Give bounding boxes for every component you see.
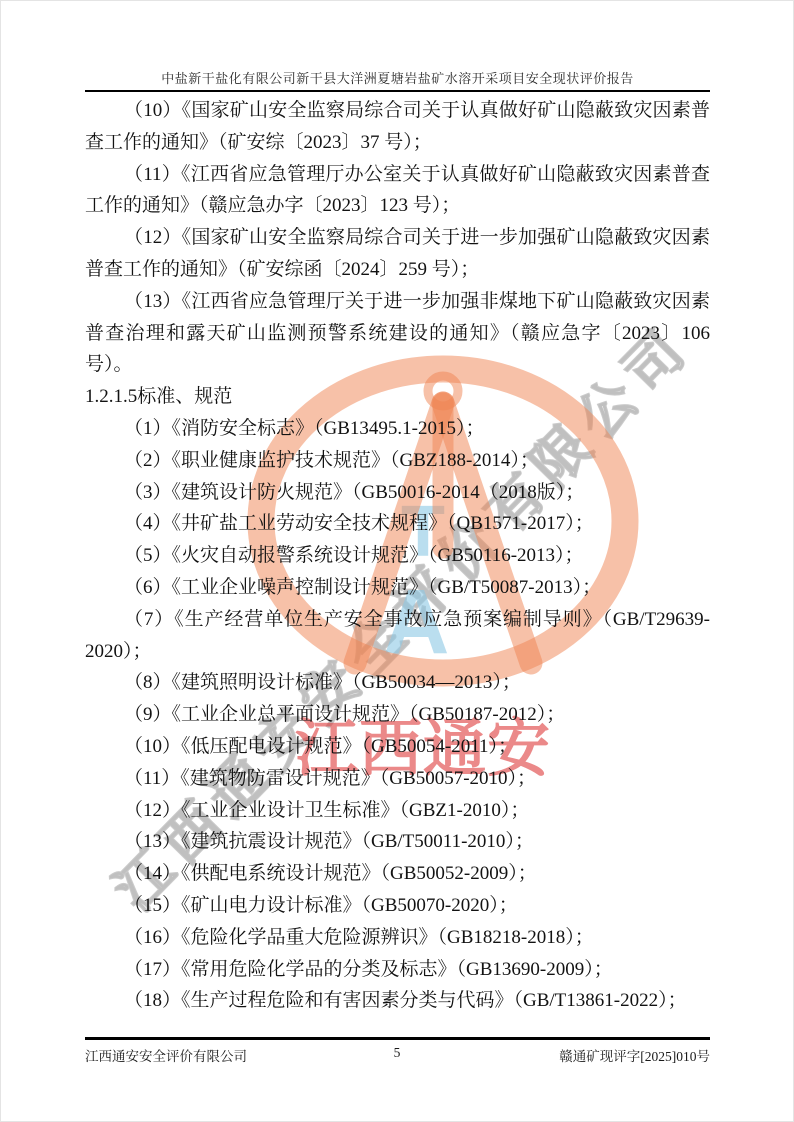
body-line: （1）《消防安全标志》（GB13495.1-2015）； — [85, 413, 710, 445]
body-line: 1.2.1.5标准、规范 — [85, 381, 710, 413]
header-title: 中盐新干盐化有限公司新干县大洋洲夏塘岩盐矿水溶开采项目安全现状评价报告 — [85, 68, 710, 87]
body-line: （16）《危险化学品重大危险源辨识》（GB18218-2018）； — [85, 922, 710, 954]
body-line: （11）《建筑物防雷设计规范》（GB50057-2010）； — [85, 763, 710, 795]
body-line: （7）《生产经营单位生产安全事故应急预案编制导则》（GB/T29639- — [85, 604, 710, 636]
body-line: （12）《工业企业设计卫生标准》（GBZ1-2010）； — [85, 795, 710, 827]
body-line: （10）《国家矿山安全监察局综合司关于认真做好矿山隐蔽致灾因素普 — [85, 95, 710, 127]
header-rule — [85, 90, 710, 92]
body-line: （5）《火灾自动报警系统设计规范》（GB50116-2013）； — [85, 540, 710, 572]
body-line: （10）《低压配电设计规范》（GB50054-2011）； — [85, 731, 710, 763]
footer-rule — [85, 1037, 710, 1040]
body-line: 普查治理和露天矿山监测预警系统建设的通知》（赣应急字〔2023〕106 — [85, 318, 710, 350]
body-line: （2）《职业健康监护技术规范》（GBZ188-2014）； — [85, 445, 710, 477]
body-line: （13）《江西省应急管理厅关于进一步加强非煤地下矿山隐蔽致灾因素 — [85, 286, 710, 318]
body-line: （15）《矿山电力设计标准》（GB50070-2020）； — [85, 890, 710, 922]
document-page: 江西通安安全评价有限公司 T A 江西通安 中盐新干盐化有限公司新干县大洋洲夏塘… — [0, 0, 794, 1122]
body-line: （3）《建筑设计防火规范》（GB50016-2014（2018版）； — [85, 477, 710, 509]
body-line: 查工作的通知》（矿安综〔2023〕37 号）； — [85, 127, 710, 159]
body-line: （6）《工业企业噪声控制设计规范》（GB/T50087-2013）； — [85, 572, 710, 604]
body-line: （18）《生产过程危险和有害因素分类与代码》（GB/T13861-2022）； — [85, 985, 710, 1017]
body-line: （11）《江西省应急管理厅办公室关于认真做好矿山隐蔽致灾因素普查 — [85, 159, 710, 191]
footer-doc-number: 赣通矿现评字[2025]010号 — [559, 1045, 710, 1065]
body-line: 工作的通知》（赣应急办字〔2023〕123 号）； — [85, 190, 710, 222]
body-line: （17）《常用危险化学品的分类及标志》（GB13690-2009）； — [85, 954, 710, 986]
body-line: （8）《建筑照明设计标准》（GB50034—2013）； — [85, 667, 710, 699]
body-line: （4）《井矿盐工业劳动安全技术规程》（QB1571-2017）； — [85, 508, 710, 540]
page-number: 5 — [394, 1045, 401, 1061]
body-line: 2020）； — [85, 636, 710, 668]
footer-company: 江西通安安全评价有限公司 — [85, 1045, 247, 1065]
body-line: 号）。 — [85, 349, 710, 381]
body-line: （14）《供配电系统设计规范》（GB50052-2009）； — [85, 858, 710, 890]
body-line: （13）《建筑抗震设计规范》（GB/T50011-2010）； — [85, 826, 710, 858]
body-line: （12）《国家矿山安全监察局综合司关于进一步加强矿山隐蔽致灾因素 — [85, 222, 710, 254]
document-body: （10）《国家矿山安全监察局综合司关于认真做好矿山隐蔽致灾因素普查工作的通知》（… — [85, 95, 710, 1017]
body-line: 普查工作的通知》（矿安综函〔2024〕259 号）； — [85, 254, 710, 286]
body-line: （9）《工业企业总平面设计规范》（GB50187-2012）； — [85, 699, 710, 731]
